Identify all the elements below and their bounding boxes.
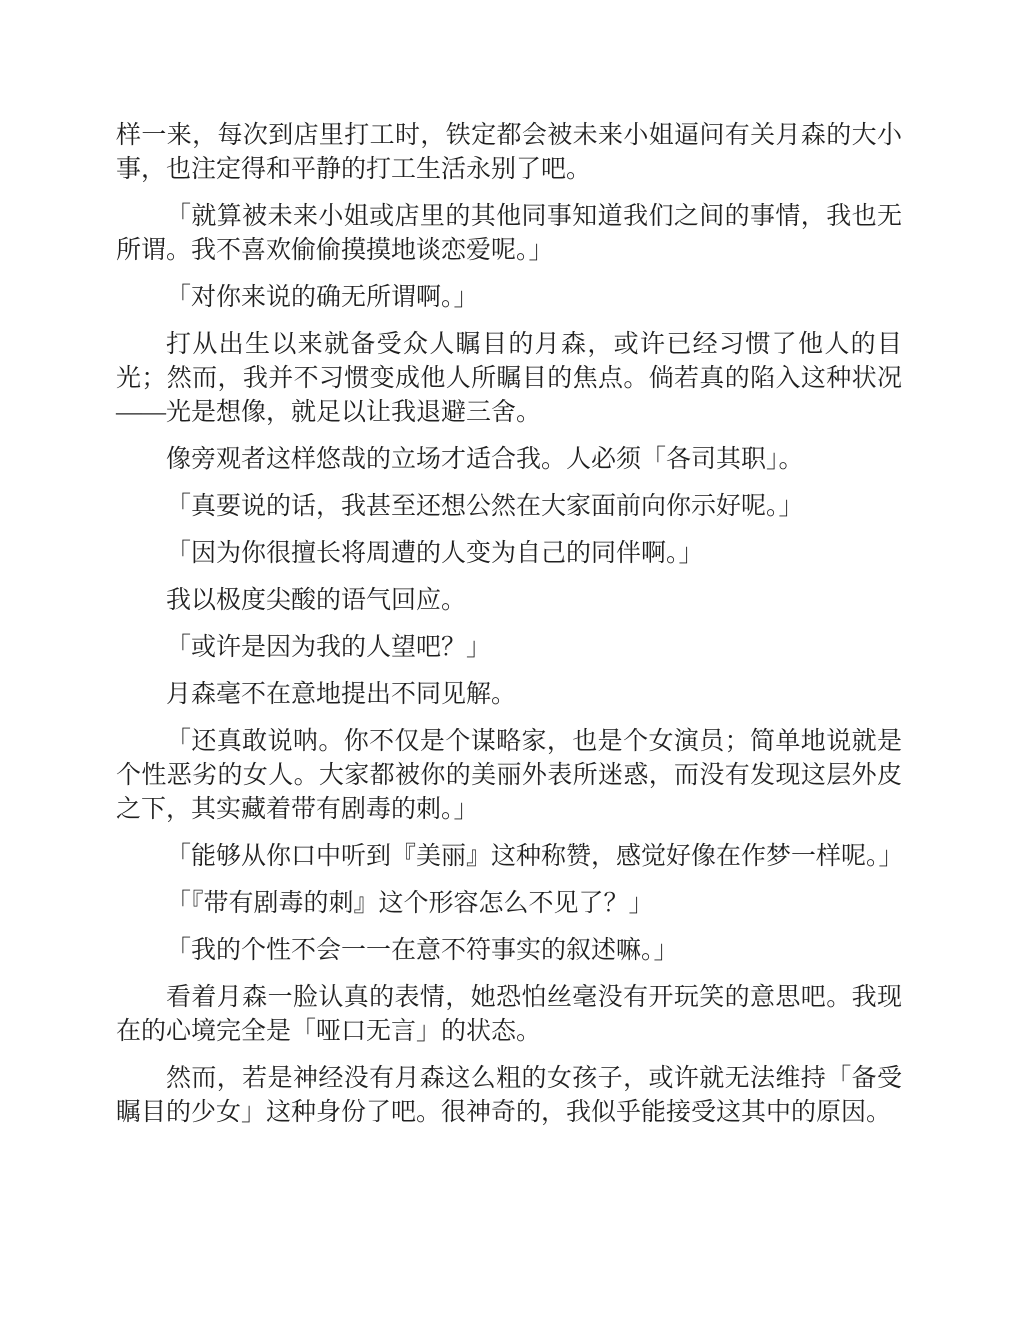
paragraph-dialogue: 「或许是因为我的人望吧？」 [116, 631, 902, 665]
paragraph: 看着月森一脸认真的表情，她恐怕丝毫没有开玩笑的意思吧。我现在的心境完全是「哑口无… [116, 981, 902, 1049]
paragraph-dialogue: 「真要说的话，我甚至还想公然在大家面前向你示好呢。」 [116, 490, 902, 524]
paragraph: 打从出生以来就备受众人瞩目的月森，或许已经习惯了他人的目光；然而，我并不习惯变成… [116, 328, 902, 430]
paragraph-dialogue: 「对你来说的确无所谓啊。」 [116, 281, 902, 315]
paragraph-dialogue: 「还真敢说呐。你不仅是个谋略家，也是个女演员；简单地说就是个性恶劣的女人。大家都… [116, 725, 902, 827]
paragraph: 月森毫不在意地提出不同见解。 [116, 678, 902, 712]
paragraph-dialogue: 「『带有剧毒的刺』这个形容怎么不见了？」 [116, 887, 902, 921]
book-page-text: 样一来，每次到店里打工时，铁定都会被未来小姐逼问有关月森的大小事，也注定得和平静… [116, 119, 902, 1130]
paragraph: 然而，若是神经没有月森这么粗的女孩子，或许就无法维持「备受瞩目的少女」这种身份了… [116, 1062, 902, 1130]
paragraph-dialogue: 「就算被未来小姐或店里的其他同事知道我们之间的事情，我也无所谓。我不喜欢偷偷摸摸… [116, 200, 902, 268]
paragraph-dialogue: 「能够从你口中听到『美丽』这种称赞，感觉好像在作梦一样呢。」 [116, 840, 902, 874]
paragraph-dialogue: 「因为你很擅长将周遭的人变为自己的同伴啊。」 [116, 537, 902, 571]
paragraph-dialogue: 「我的个性不会一一在意不符事实的叙述嘛。」 [116, 934, 902, 968]
paragraph: 样一来，每次到店里打工时，铁定都会被未来小姐逼问有关月森的大小事，也注定得和平静… [116, 119, 902, 187]
paragraph: 我以极度尖酸的语气回应。 [116, 584, 902, 618]
paragraph: 像旁观者这样悠哉的立场才适合我。人必须「各司其职」。 [116, 443, 902, 477]
